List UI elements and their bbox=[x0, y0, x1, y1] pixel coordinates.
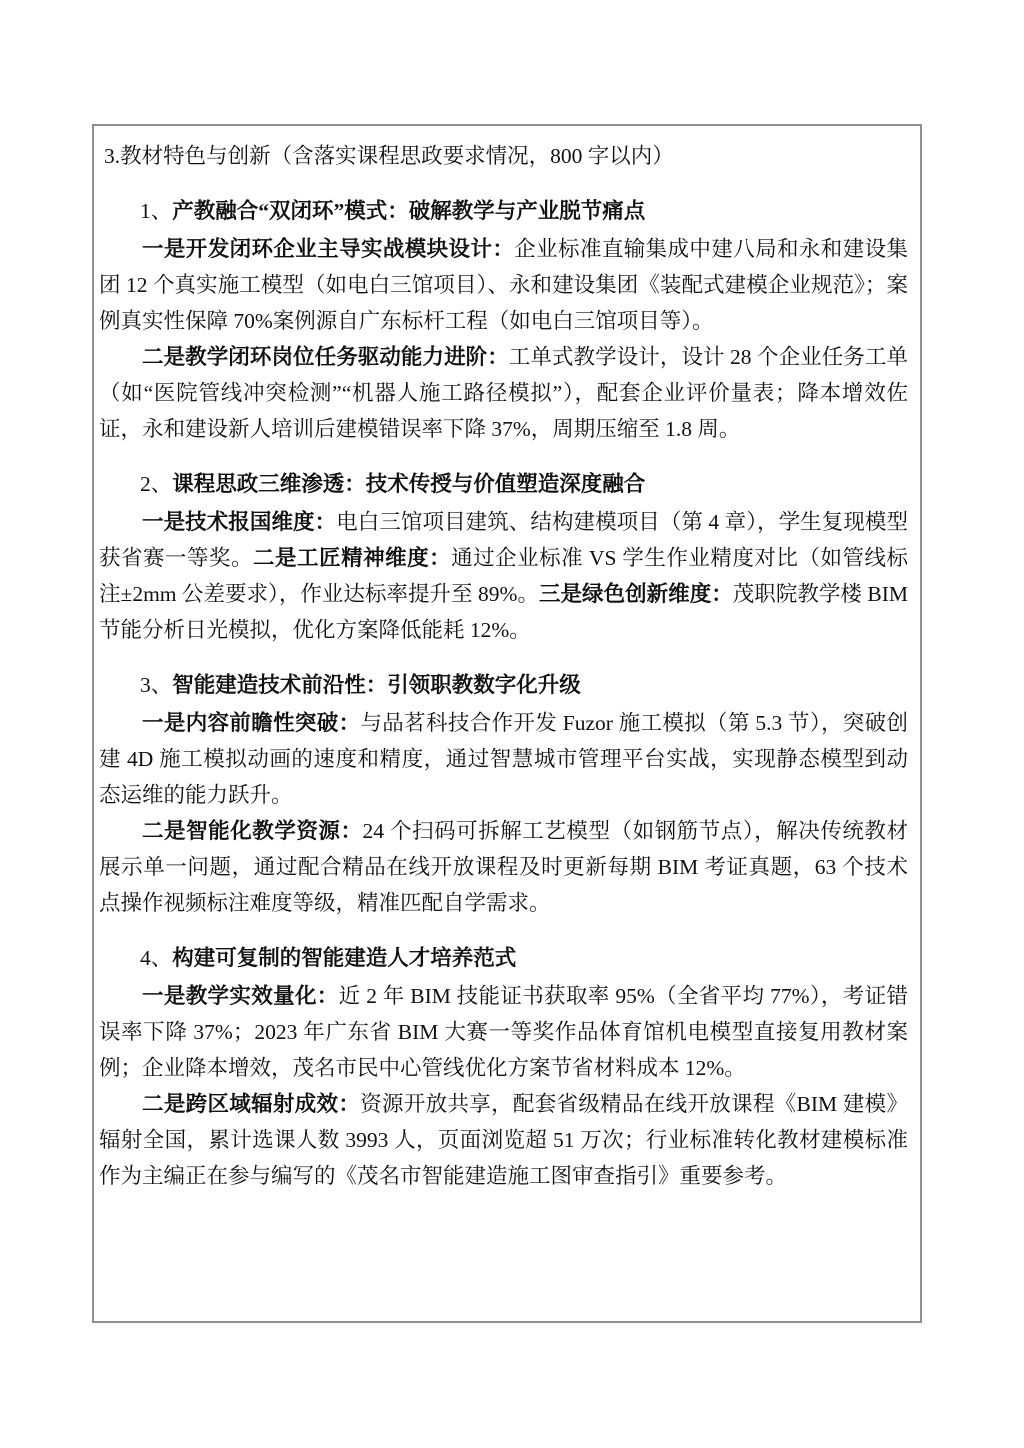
section-number: 1、 bbox=[140, 199, 172, 223]
bold-lead: 二是教学闭环岗位任务驱动能力进阶： bbox=[142, 345, 509, 369]
field-label: 3.教材特色与创新（含落实课程思政要求情况，800 字以内） bbox=[99, 138, 908, 174]
paragraph: 二是智能化教学资源：24 个扫码可拆解工艺模型（如钢筋节点），解决传统教材展示单… bbox=[99, 813, 908, 921]
section-heading-2: 2、课程思政三维渗透：技术传授与价值塑造深度融合 bbox=[99, 466, 908, 502]
bold-lead: 二是智能化教学资源： bbox=[142, 819, 363, 843]
paragraph: 一是教学实效量化：近 2 年 BIM 技能证书获取率 95%（全省平均 77%）… bbox=[99, 978, 908, 1086]
section-number: 4、 bbox=[140, 946, 172, 970]
bold-lead: 二是工匠精神维度： bbox=[253, 546, 451, 570]
section-heading-text: 课程思政三维渗透：技术传授与价值塑造深度融合 bbox=[172, 472, 645, 496]
paragraph: 一是技术报国维度：电白三馆项目建筑、结构建模项目（第 4 章），学生复现模型获省… bbox=[99, 504, 908, 648]
section-heading-3: 3、智能建造技术前沿性：引领职教数字化升级 bbox=[99, 667, 908, 703]
paragraph: 二是跨区域辐射成效：资源开放共享，配套省级精品在线开放课程《BIM 建模》辐射全… bbox=[99, 1086, 908, 1194]
paragraph: 一是内容前瞻性突破：与品茗科技合作开发 Fuzor 施工模拟（第 5.3 节），… bbox=[99, 705, 908, 813]
paragraph: 一是开发闭环企业主导实战模块设计：企业标准直输集成中建八局和永和建设集团 12 … bbox=[99, 231, 908, 339]
paragraph: 二是教学闭环岗位任务驱动能力进阶：工单式教学设计，设计 28 个企业任务工单（如… bbox=[99, 339, 908, 447]
bold-lead: 一是教学实效量化： bbox=[142, 984, 339, 1008]
form-cell-border: 3.教材特色与创新（含落实课程思政要求情况，800 字以内） 1、产教融合“双闭… bbox=[92, 124, 922, 1323]
section-number: 3、 bbox=[140, 673, 172, 697]
bold-lead: 一是开发闭环企业主导实战模块设计： bbox=[142, 237, 514, 261]
bold-lead: 三是绿色创新维度： bbox=[539, 582, 733, 606]
document-page: 3.教材特色与创新（含落实课程思政要求情况，800 字以内） 1、产教融合“双闭… bbox=[0, 0, 1024, 1448]
section-heading-text: 产教融合“双闭环”模式：破解教学与产业脱节痛点 bbox=[172, 199, 645, 223]
bold-lead: 一是内容前瞻性突破： bbox=[142, 711, 360, 735]
bold-lead: 二是跨区域辐射成效： bbox=[142, 1092, 360, 1116]
section-heading-1: 1、产教融合“双闭环”模式：破解教学与产业脱节痛点 bbox=[99, 193, 908, 229]
section-number: 2、 bbox=[140, 472, 172, 496]
sections-container: 1、产教融合“双闭环”模式：破解教学与产业脱节痛点一是开发闭环企业主导实战模块设… bbox=[99, 193, 908, 1194]
section-heading-text: 构建可复制的智能建造人才培养范式 bbox=[172, 946, 516, 970]
bold-lead: 一是技术报国维度： bbox=[142, 510, 336, 534]
section-heading-text: 智能建造技术前沿性：引领职教数字化升级 bbox=[172, 673, 581, 697]
section-heading-4: 4、构建可复制的智能建造人才培养范式 bbox=[99, 940, 908, 976]
